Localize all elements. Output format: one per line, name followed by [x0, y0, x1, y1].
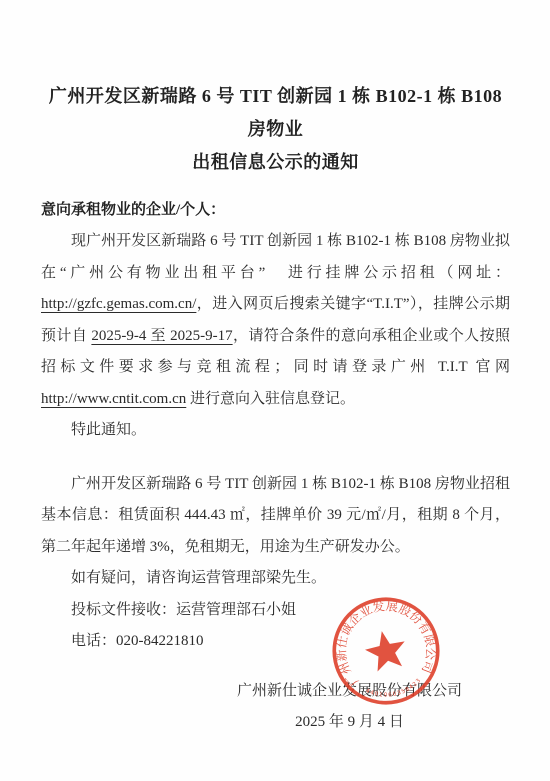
- document-title: 广州开发区新瑞路 6 号 TIT 创新园 1 栋 B102-1 栋 B108 房…: [41, 80, 510, 179]
- paragraph-notice-body: 现广州开发区新瑞路 6 号 TIT 创新园 1 栋 B102-1 栋 B108 …: [41, 226, 510, 415]
- listing-period-dates: 2025-9-4 至 2025-9-17: [91, 328, 232, 344]
- signature-block: 广州新仕诚企业发展股份有限公司 2025 年 9 月 4 日: [237, 676, 462, 738]
- paragraph-contact-liang: 如有疑问，请咨询运营管理部梁先生。: [41, 563, 510, 595]
- notice-text-4: 进行意向入驻信息登记。: [186, 391, 355, 407]
- paragraph-hereby-notice: 特此通知。: [41, 415, 510, 447]
- cntit-official-url: http://www.cntit.com.cn: [41, 391, 186, 407]
- title-line-2: 出租信息公示的通知: [41, 146, 510, 179]
- gzfc-platform-url: http://gzfc.gemas.com.cn/: [41, 296, 196, 312]
- company-name: 广州新仕诚企业发展股份有限公司: [237, 676, 462, 707]
- paragraph-rental-info: 广州开发区新瑞路 6 号 TIT 创新园 1 栋 B102-1 栋 B108 房…: [41, 469, 510, 564]
- paragraph-bid-receiver: 投标文件接收：运营管理部石小姐: [41, 595, 510, 627]
- salutation: 意向承租物业的企业/个人：: [41, 195, 510, 226]
- title-line-1: 广州开发区新瑞路 6 号 TIT 创新园 1 栋 B102-1 栋 B108 房…: [41, 80, 510, 146]
- signature-date: 2025 年 9 月 4 日: [295, 707, 404, 738]
- document-page: 广州开发区新瑞路 6 号 TIT 创新园 1 栋 B102-1 栋 B108 房…: [0, 0, 550, 781]
- paragraph-phone: 电话：020-84221810: [41, 626, 510, 658]
- notice-text-1: 现广州开发区新瑞路 6 号 TIT 创新园 1 栋 B102-1 栋 B108 …: [41, 233, 510, 281]
